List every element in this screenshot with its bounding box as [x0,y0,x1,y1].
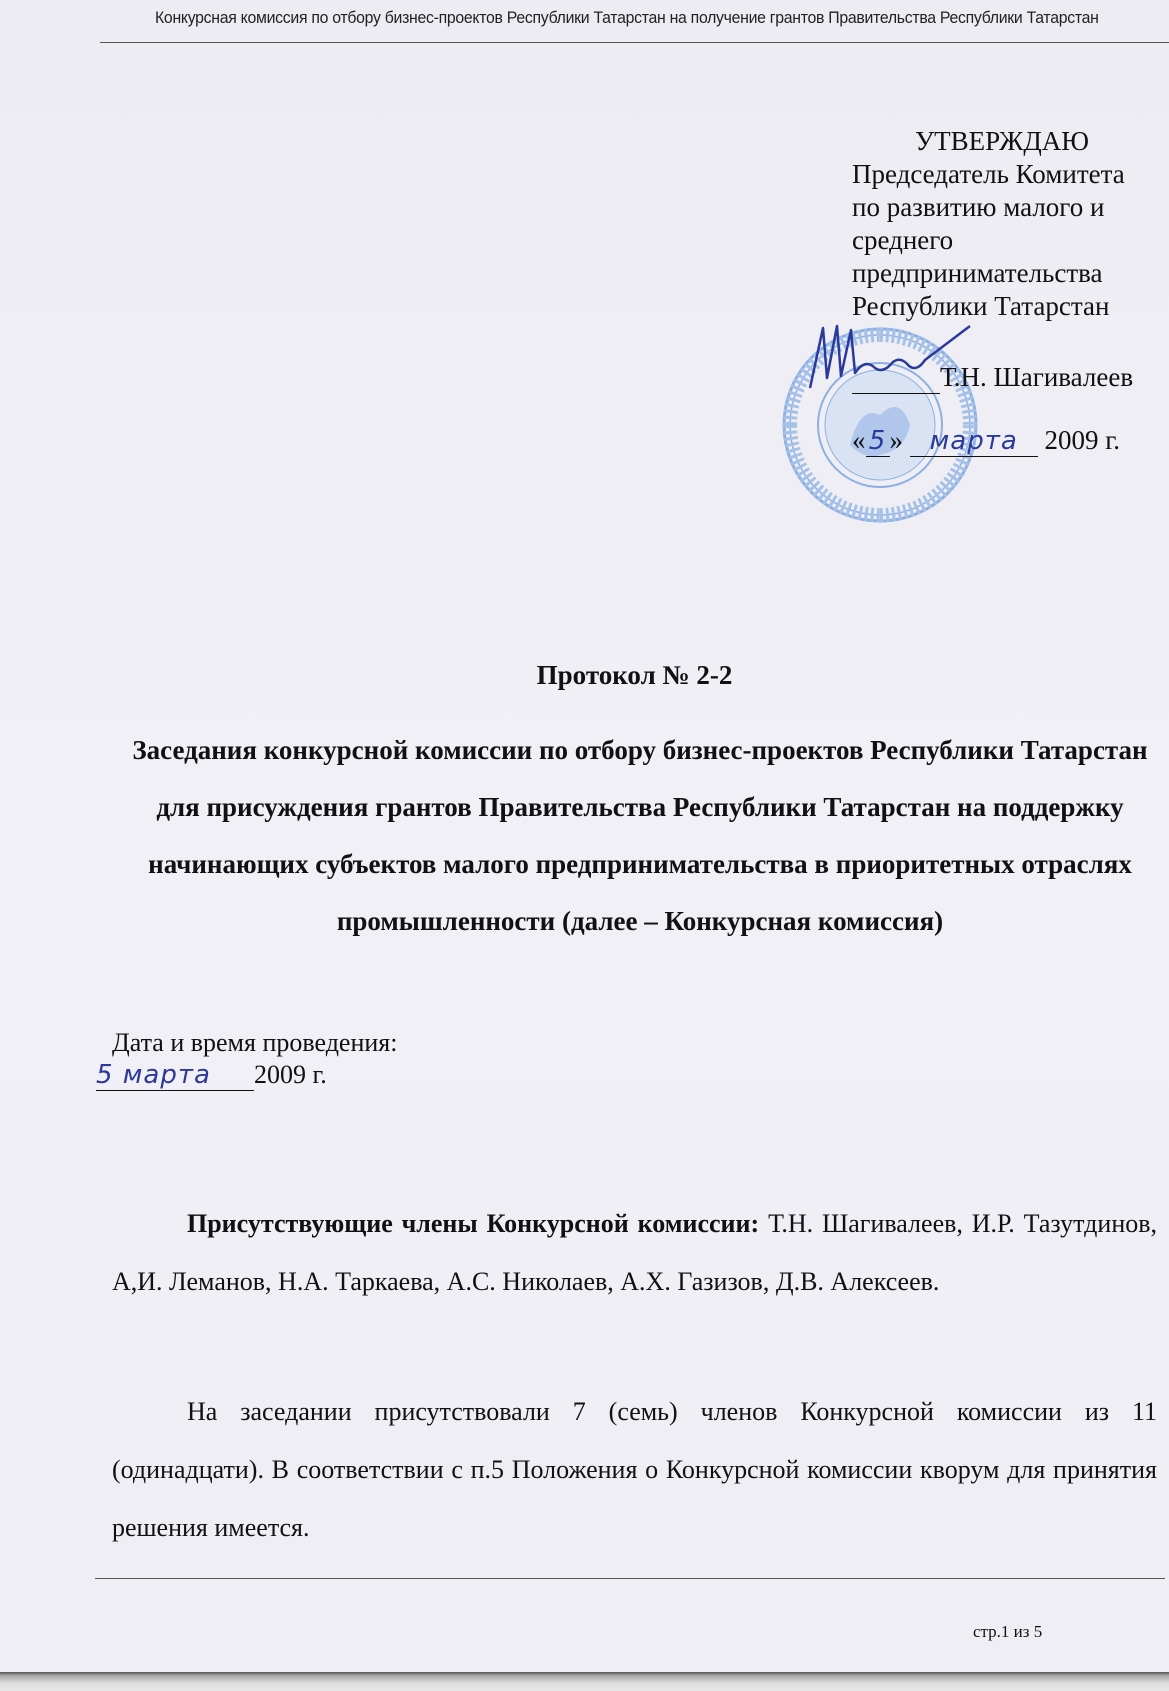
approval-block: УТВЕРЖДАЮ Председатель Комитета по разви… [852,125,1162,323]
signatory-name: Т.Н. Шагивалеев [940,362,1133,392]
footer-divider [95,1578,1165,1579]
attendees-label: Присутствующие члены Конкурсной комиссии… [187,1209,759,1238]
handwritten-meeting-date: 5 марта [96,1060,211,1090]
meeting-date: 5 марта2009 г. [96,1060,327,1091]
day-blank: 5 [866,425,890,457]
document-page: Конкурсная комиссия по отбору бизнес-про… [0,0,1169,1675]
scan-edge [0,1672,1169,1691]
attendees-paragraph: Присутствующие члены Конкурсной комиссии… [112,1195,1157,1311]
approval-line: среднего [852,224,1162,257]
meeting-year: 2009 г. [254,1060,327,1089]
quote-open: « [852,425,866,455]
handwritten-day: 5 [869,426,887,456]
document-subtitle: Заседания конкурсной комиссии по отбору … [110,722,1169,950]
signature-line: Т.Н. Шагивалеев [852,362,1133,394]
meeting-date-label: Дата и время проведения: [112,1028,397,1058]
approval-year: 2009 г. [1045,425,1121,455]
quorum-paragraph: На заседании присутствовали 7 (семь) чле… [112,1383,1157,1557]
signature-blank [852,362,940,394]
handwritten-month: марта [930,426,1018,456]
month-blank: марта [910,425,1038,457]
approval-line: Председатель Комитета [852,158,1162,191]
page-number: стр.1 из 5 [973,1622,1042,1642]
header-divider [100,42,1169,43]
approval-title: УТВЕРЖДАЮ [852,125,1162,158]
approval-date: «5» марта 2009 г. [852,425,1120,457]
meeting-date-blank: 5 марта [96,1060,254,1091]
document-title: Протокол № 2-2 [100,660,1169,691]
running-header: Конкурсная комиссия по отбору бизнес-про… [155,8,1048,28]
approval-line: по развитию малого и [852,191,1162,224]
approval-line: Республики Татарстан [852,290,1162,323]
approval-line: предпринимательства [852,257,1162,290]
quote-close: » [890,425,904,455]
